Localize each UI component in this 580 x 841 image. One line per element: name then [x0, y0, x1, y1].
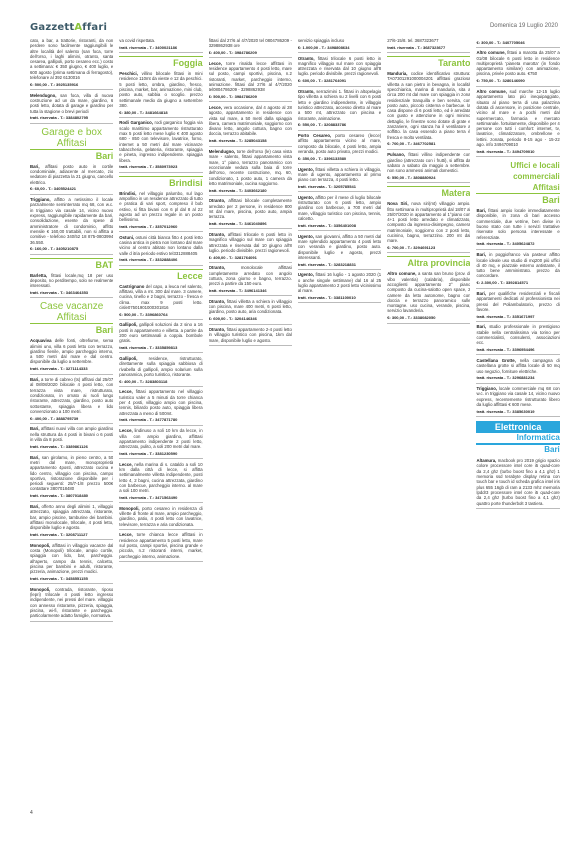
ad-price-contact: tratt. riservata - T.: 3381100010 — [298, 295, 381, 300]
ad-price-contact: tratt. riservata - T.: 3463464353 — [30, 290, 113, 295]
ad-location: Triggiano, — [476, 386, 497, 391]
ad-text: nella marina di s. cataldo a soli 10 km … — [119, 462, 202, 493]
ad-price-contact: €: 60,00 - T.: 3405524421 — [30, 186, 113, 191]
classified-ad: Monopoli, contrada, ristorante, riposo (… — [30, 586, 113, 622]
ad-location: Lecce, — [209, 105, 222, 110]
classified-ad: Triggiano, affitto a netissimo il locale… — [30, 196, 113, 254]
ad-location: Bari, — [30, 377, 40, 382]
ad-price-contact: tratt. riservata - T.: 3283218831 — [298, 262, 381, 267]
ad-price-contact: €: 1.000,00 - T.: 3498808634 — [298, 45, 381, 50]
ad-location: Ugento, — [298, 167, 314, 172]
ad-location: Lecce, — [119, 532, 132, 537]
column-1: cato, a bar, a trattorie, ristoranti, da… — [30, 37, 113, 807]
classified-ad: Otranto, serrazimini 1. fittasi in altop… — [298, 88, 381, 131]
ad-location: Ugento, — [298, 272, 314, 277]
ad-price-contact: tratt. riservata - T.: 3458551155 — [30, 576, 113, 581]
ad-location: Ugento, — [298, 234, 314, 239]
ad-price-contact: €: 300,00 - T.: 3407705046 — [476, 40, 559, 45]
ad-location: Melendugno, — [30, 93, 57, 98]
ad-location: Otranto, — [209, 299, 226, 304]
ad-location: Lecce, — [119, 428, 132, 433]
logo-text-end: ffari — [82, 22, 107, 33]
ad-price-contact: tratt. riservata - T.: 3285043158 — [209, 138, 292, 143]
section-city-header: Bari — [476, 193, 559, 205]
classified-ad: Otranto, fittasi trilocale 6 posti letto… — [298, 55, 381, 87]
classified-ad: Bari, a torre di cabreo (ts) affitasi da… — [30, 376, 113, 424]
classified-ad: va covid rispettata.tratt. riservata - T… — [119, 37, 202, 53]
classified-ad: Ostuni, ostuni città bianca fitto 4 post… — [119, 234, 202, 266]
ad-location: Melendugno, — [209, 149, 236, 154]
ad-location: Bari, — [30, 455, 40, 460]
ad-price-contact: €: 380,00 - T.: 3481664818 — [119, 110, 202, 115]
ad-location: Altro comune, — [387, 271, 416, 276]
ad-text: studio professionale in prestigioso stab… — [476, 324, 559, 345]
classified-ad: Bari, in poggiofranco via pasteur affitt… — [476, 251, 559, 288]
classified-ad: Lecce, lindinuso a soli 10 km da lecce, … — [119, 427, 202, 459]
ad-price-contact: tratt. riservata - T.: 3332888406 — [119, 257, 202, 262]
ad-location: Manduria, — [387, 71, 407, 76]
section-city-header: Foggia — [119, 56, 202, 68]
section-city-header: Taranto — [387, 56, 470, 68]
section-city-header: Matera — [387, 186, 470, 198]
classified-ad: Bari, offerto anno degli alimini 1, vill… — [30, 503, 113, 540]
classified-ad: Lecce, vera occasione, dal 4 agosto al 2… — [209, 104, 292, 147]
classified-ad: Lecce, nella marina di s. cataldo a soli… — [119, 461, 202, 504]
ad-text: servizio spiaggia incluso — [298, 38, 344, 43]
classified-ad: Bari, studio professionale in prestigios… — [476, 323, 559, 355]
classified-ad: Ugento, san giovanni, affitto a 50 metri… — [298, 233, 381, 270]
classified-ad: Barletta, fittasi locale,mq 18 per uso d… — [30, 272, 113, 299]
classified-ad: Altro comune, sud marche 12-15 luglio ap… — [476, 88, 559, 157]
ad-location: Ostuni, — [119, 235, 134, 240]
ad-text: affitasi posto auto in cortile condomini… — [30, 164, 113, 185]
ad-price-contact: €: 550,00 - T.: 3808880924 — [387, 175, 470, 180]
ad-price-contact: tratt. riservata - T.: 3384802795 — [30, 115, 113, 120]
classified-ad: Bari, san girolamo, in pieno centro, a 5… — [30, 454, 113, 502]
newspaper-logo: GazzettAffari — [30, 22, 107, 33]
classified-ad: fittasi dal 27/6 al 4/7/2020 tel 0804786… — [209, 37, 292, 58]
ad-location: Altro comune, — [476, 89, 506, 94]
page-number: 4 — [30, 810, 33, 816]
section-title: Uffici e locali — [476, 160, 559, 171]
classified-ad: Monopoli, affittasi in villaggio vacanze… — [30, 542, 113, 585]
classified-ad: Bari, affittasi nuovi villa con ampio gi… — [30, 425, 113, 452]
ad-text: torre dell'orso (le) casa vista mare - s… — [209, 149, 292, 186]
ad-price-contact: tratt. riservata - T.: 3208711127 — [30, 532, 113, 537]
ad-location: Acquaviva — [30, 338, 52, 343]
classified-ad: Lecce, torre rinalda lecce affittasi in … — [209, 60, 292, 103]
ad-text: san girolamo, in pieno centro, a 50 metr… — [30, 455, 113, 492]
ad-location: Bari, — [476, 291, 486, 296]
ad-location: Gallipoli, — [119, 322, 137, 327]
ad-location: Castrignano — [119, 284, 144, 289]
ad-price-contact: tratt. riservata - T.: 3494709010 — [476, 149, 559, 154]
ad-location: Bari, — [476, 324, 486, 329]
ad-location: Barletta, — [30, 273, 47, 278]
section-city-header: Bari — [476, 444, 559, 455]
ad-text: contrada, ristorante, riposo (lepri) tri… — [30, 587, 113, 618]
classified-ad: Bari, affitasi posto auto in cortile con… — [30, 163, 113, 195]
ad-location: Altamura, — [476, 458, 496, 463]
ad-text: affitto a netissimo il locale parzialmen… — [30, 197, 113, 244]
ad-text: nel villaggio palumbo, sul lago ampollin… — [119, 191, 202, 222]
section-title: Garage e box — [30, 127, 113, 138]
section-subtitle-informatica: Informatica — [476, 433, 559, 444]
classified-ad: Altro comune, a santa san bruno (prov. d… — [387, 270, 470, 323]
ad-price-contact: €: 600,00 - T.: 3204146346 — [209, 316, 292, 321]
ad-text: 27/6-15/8. tel. 3687323677 — [387, 38, 438, 43]
ad-text: sud marche 12-15 luglio appartamento lat… — [476, 89, 559, 147]
classified-ad: Ugento, fittasi villetta a schiera in vi… — [298, 166, 381, 193]
ad-price-contact: tratt. riservata - T.: 3405624872 — [476, 241, 559, 246]
ad-price-contact: tratt. riservata - T.: 3496141346 — [209, 288, 292, 293]
ad-price-contact: €: 550,00 - T.: 3208833786 — [298, 122, 381, 127]
classified-ad: Ugento, affitto per il mese di luglio bi… — [298, 194, 381, 231]
ad-location: Bari, — [476, 208, 486, 213]
section-city-header: Bari — [30, 323, 113, 335]
classified-ad: Pulsano, fittasi villino indipendente co… — [387, 151, 470, 183]
ad-price-contact: tratt. riservata - T.: 3271114333 — [30, 366, 113, 371]
ad-text: fittasi ampio locale immediatamente disp… — [476, 208, 559, 239]
ad-location: Rodi Garganico, — [119, 120, 153, 125]
ad-location: Brindisi, — [119, 191, 136, 196]
ad-location: Otranto, — [209, 265, 226, 270]
ad-price-contact: €: 2.300,00 - T.: 3392814571 — [476, 280, 559, 285]
ad-text: macbook pro 2019 grigio spazio colore pr… — [476, 458, 559, 505]
ad-price-contact: tratt. riservata - T.: 3471563490 — [119, 495, 202, 500]
classified-ad: Porto Cesareo, porto cesareo (lecce) aff… — [298, 132, 381, 164]
ad-price-contact: €: 400,00 - T.: 3984786209 — [209, 50, 292, 55]
issue-date: Domenica 19 Luglio 2020 — [490, 23, 558, 29]
classified-ad: Brindisi, nel villaggio palumbo, sul lag… — [119, 190, 202, 233]
ad-price-contact: tratt. riservata - T.: 3461040896 — [209, 221, 292, 226]
column-3: fittasi dal 27/6 al 4/7/2020 tel 0804786… — [209, 37, 292, 807]
ad-price-contact: €: 400,00 - T.: 3281764091 — [209, 255, 292, 260]
classified-ad: Lecce, fittasi appartamento nel villaggi… — [119, 388, 202, 425]
classified-ad: cato, a bar, a trattorie, ristoranti, da… — [30, 37, 113, 90]
classified-ad: Otranto, affittasi trilocale 6 posti let… — [209, 231, 292, 263]
section-subtitle: Affitasi — [30, 312, 113, 323]
ad-price-contact: tratt. riservata - T.: 3296881234 — [476, 375, 559, 380]
ad-location: Porto Cesareo, — [298, 133, 331, 138]
ad-location: Lecce, — [119, 389, 132, 394]
ad-text: nova siri(mt) villaggio ampio. fitto set… — [387, 201, 470, 243]
classified-ad: Ugento, fittasi 16 luglio - 1 agosto 202… — [298, 271, 381, 303]
ad-location: Bari, — [476, 252, 486, 257]
section-city-header: Lecce — [119, 269, 202, 281]
classified-ad: Otranto, fittasi appartamento 2-4 posti … — [209, 326, 292, 346]
ad-price-contact: tratt. riservata - T.: 3351671997 — [476, 314, 559, 319]
logo-text: Gazzett — [30, 22, 74, 33]
section-subtitle: commerciali — [476, 171, 559, 182]
section-title: Case vacanze — [30, 301, 113, 312]
ad-location: Ugento, — [298, 195, 314, 200]
ad-text: codice identificativo struttura: TA07301… — [387, 71, 470, 140]
classified-ad: Otranto, fittasi villetta a schiera in v… — [209, 298, 292, 325]
ad-location: Monopoli, — [119, 506, 139, 511]
classified-ad: Triggiano, locale commerciale mq 68 con … — [476, 385, 559, 417]
ad-text: va covid rispettata. — [119, 38, 155, 43]
section-city-header: Brindisi — [119, 176, 202, 188]
ad-price-contact: tratt. riservata - T.: 3403662180 — [209, 188, 292, 193]
ad-price-contact: tratt. riservata - T.: 3381230590 — [119, 451, 202, 456]
classified-ad: Nova Siri, nova siri(mt) villaggio ampio… — [387, 200, 470, 253]
ad-price-contact: tratt. riservata - T.: 3205785541 — [298, 184, 381, 189]
classified-ad: Altamura, macbook pro 2019 grigio spazio… — [476, 457, 559, 509]
ad-location: Otranto, — [209, 327, 226, 332]
masthead: GazzettAffari Domenica 19 Luglio 2020 — [30, 22, 558, 36]
ad-location: Nova Siri, — [387, 201, 408, 206]
ad-price-contact: tratt. riservata - T.: 3389861126 — [30, 444, 113, 449]
ad-location: Bari, — [30, 504, 40, 509]
ad-text: fittasi dal 27/6 al 4/7/2020 tel 0804786… — [209, 38, 292, 48]
classified-ad: Rodi Garganico, rodi garganico foggia vi… — [119, 119, 202, 172]
ad-price-contact: €: 400,00 - T.: 3283803118 — [119, 379, 202, 384]
ad-location: Otranto, — [298, 89, 315, 94]
ad-text: offerto anno degli alimini 1, villaggio … — [30, 504, 113, 530]
ad-text: affittasi nuovi villa con ampio giardino… — [30, 426, 113, 442]
ad-location: Peschici, — [119, 71, 138, 76]
section-city-header: BAT — [30, 258, 113, 270]
ad-location: Otranto, — [209, 232, 226, 237]
column-5: 27/6-15/8. tel. 3687323677tratt. riserva… — [387, 37, 470, 807]
section-subtitle-2: Affitasi — [476, 182, 559, 193]
classified-ad: Monopoli, porto cesareo in residenza di … — [119, 505, 202, 530]
ad-price-contact: €: 750,00 - T.: 3280146090 — [476, 78, 559, 83]
ad-price-contact: €: 160,00 - T.: 3405210875 — [30, 246, 113, 251]
classified-ad: Lecce, torre chianca lecce affittasi in … — [119, 531, 202, 561]
ad-text: vera occasione, dal 4 agosto al 28 agost… — [209, 105, 292, 136]
ad-price-contact: tratt. riservata - T.: 3385630019 — [476, 409, 559, 414]
classified-ad: Gallipoli, gallipoli soluzioni da 2 sino… — [119, 321, 202, 353]
classified-ad: Peschici, villino bilocale fittasi in mi… — [119, 70, 202, 118]
classified-ad: €: 300,00 - T.: 3407705046 — [476, 37, 559, 48]
classified-ad: Manduria, codice identificativo struttur… — [387, 70, 470, 150]
ad-price-contact: tratt. riservata - T.: 3400021186 — [119, 45, 202, 50]
ad-price-contact: tratt. riservata - T.: 3687323677 — [387, 45, 470, 50]
ad-text: villino bilocale fittasi in mini residen… — [119, 71, 202, 108]
section-city-header: Altra provincia — [387, 256, 470, 268]
classified-ad: Otranto, affittasi bilocale completament… — [209, 197, 292, 229]
ad-price-contact: €: 300,00 - T.: 3338082050 — [387, 315, 470, 320]
classified-ad: Melendugno, san foca, villa di nuova cos… — [30, 92, 113, 124]
ad-location: Lecce, — [119, 462, 132, 467]
ad-location: Triggiano, — [30, 197, 51, 202]
classified-ad: Bari, per qualifiche residenziali e fisc… — [476, 290, 559, 322]
ad-text: a torre di cabreo (ts) affitasi dal 25/0… — [30, 377, 113, 414]
classifieds-columns: cato, a bar, a trattorie, ristoranti, da… — [30, 37, 560, 807]
ad-text: torre rinalda lecce affittasi in residen… — [209, 61, 292, 92]
ad-text: rodi garganico foggia via scalo marittim… — [119, 120, 202, 162]
ad-price-contact: tratt. riservata - T.: 3396954496 — [476, 347, 559, 352]
classified-ad: Acquaviva delle fonti, oltrefiume, sema … — [30, 337, 113, 374]
ad-price-contact: €: 500,00 - T.: 3925135916 — [30, 82, 113, 87]
ad-price-contact: tratt. riservata - T.: 3357012960 — [119, 224, 202, 229]
ad-location: Otranto, — [298, 56, 315, 61]
column-4: servizio spiaggia incluso€: 1.000,00 - T… — [298, 37, 381, 807]
ad-price-contact: €: 700,00 - T.: 3294691123 — [387, 245, 470, 250]
section-title-elettronica: Elettronica — [476, 421, 559, 433]
ad-price-contact: tratt. riservata - T.: 3477871780 — [119, 417, 202, 422]
ad-price-contact: €: 500,00 - T.: 3396860764 — [119, 312, 202, 317]
classified-ad: Otranto, monolocale affittasi completame… — [209, 264, 292, 296]
ad-price-contact: €: 700,00 - T.: 3467702581 — [387, 141, 470, 146]
ad-price-contact: tratt. riservata - T.: 3807018480 — [30, 493, 113, 498]
ad-price-contact: €: 400,00 - T.: 3888795739 — [30, 416, 113, 421]
ad-location: Monopoli, — [30, 587, 50, 592]
classified-ad: Gallipoli, residence, ristrutturato, dir… — [119, 355, 202, 387]
section-city-header: Bari — [30, 149, 113, 161]
classified-ad: Melendugno, torre dell'orso (le) casa vi… — [209, 148, 292, 196]
ad-location: Bari, — [30, 426, 40, 431]
ad-location: Lecce, — [209, 61, 222, 66]
ad-text: per qualifiche residenziali e fiscali ap… — [476, 291, 559, 312]
column-2: va covid rispettata.tratt. riservata - T… — [119, 37, 202, 807]
classified-ad: Altro comune, fittasi a marotta da 25/07… — [476, 49, 559, 86]
classified-ad: Castellana Grotte, nella campagna di cas… — [476, 357, 559, 384]
ad-text: in poggiofranco via pasteur affitto loca… — [476, 252, 559, 278]
ad-price-contact: €: 350,00 - T.: 3396133580 — [298, 156, 381, 161]
ad-text: serrazimini 1. fittasi in altopelagio ti… — [298, 89, 381, 120]
classified-ad: servizio spiaggia incluso€: 1.000,00 - T… — [298, 37, 381, 53]
ad-text: a santa san bruno (prov. di vibo valenti… — [387, 271, 470, 313]
ad-text: cato, a bar, a trattorie, ristoranti, da… — [30, 38, 113, 80]
ad-price-contact: €: 500,00 - T.: 3984786209 — [209, 94, 292, 99]
ad-location: Bari, — [30, 164, 40, 169]
ad-location: Monopoli, — [30, 543, 50, 548]
ad-price-contact: tratt. riservata - T.: 3335859813 — [119, 345, 202, 350]
classified-ad: Bari, fittasi ampio locale immediatament… — [476, 207, 559, 250]
ad-price-contact: tratt. riservata - T.: 3580973923 — [119, 164, 202, 169]
ad-text: affittasi in villaggio vacanze dal costa… — [30, 543, 113, 574]
ad-location: Altro comune, — [476, 50, 505, 55]
column-6: €: 300,00 - T.: 3407705046Altro comune, … — [476, 37, 559, 807]
ad-location: Otranto, — [209, 198, 226, 203]
classified-ad: Castrignano del capo, a leuca nel salent… — [119, 283, 202, 320]
ad-location: Gallipoli, — [119, 356, 137, 361]
ad-location: Castellana Grotte, — [476, 358, 515, 363]
ad-price-contact: €: 600,00 - T.: 3281764091 — [298, 78, 381, 83]
ad-price-contact: tratt. riservata - T.: 3356401008 — [298, 223, 381, 228]
classified-ad: 27/6-15/8. tel. 3687323677tratt. riserva… — [387, 37, 470, 53]
ad-location: Pulsano, — [387, 152, 405, 157]
section-subtitle: Affitasi — [30, 138, 113, 149]
